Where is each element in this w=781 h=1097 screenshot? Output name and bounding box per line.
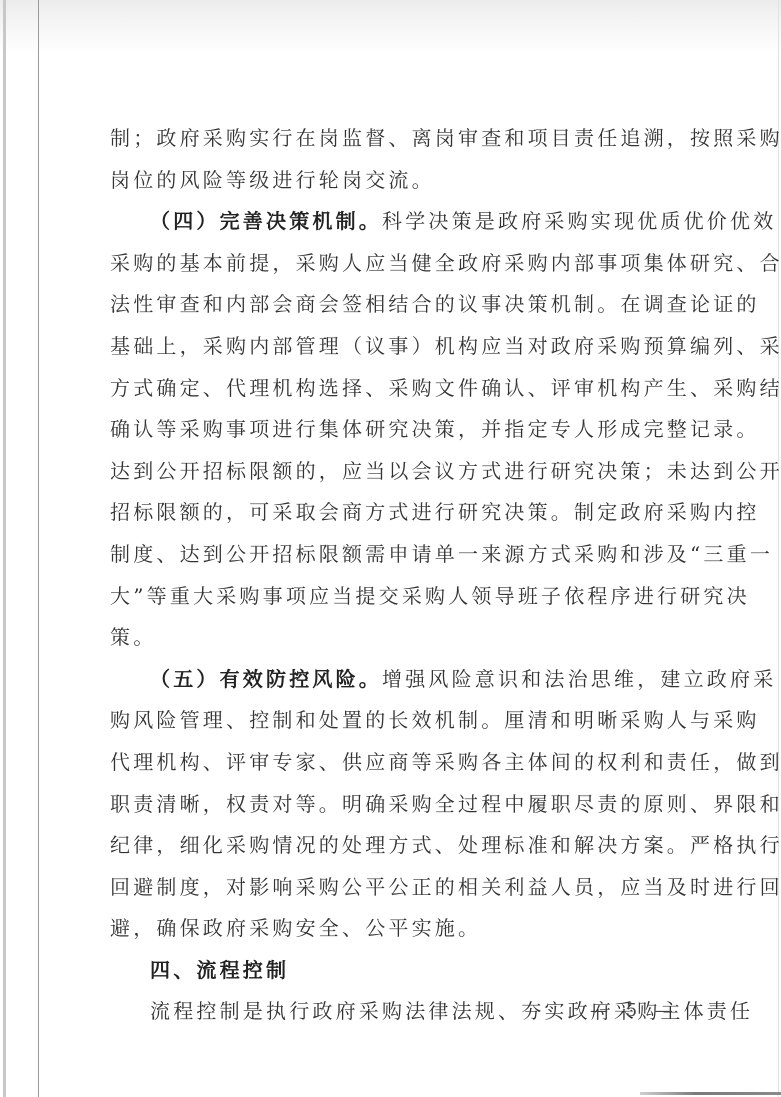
text-line: 制度、达到公开招标限额需申请单一来源方式采购和涉及“三重一 — [110, 534, 680, 576]
scan-shadow — [640, 1092, 781, 1095]
text-line: 职责清晰，权责对等。明确采购全过程中履职尽责的原则、界限和 — [110, 784, 680, 826]
document-body: 制；政府采购实行在岗监督、离岗审查和项目责任追溯，按照采购 岗位的风险等级进行轮… — [110, 118, 680, 1033]
text-line: 达到公开招标限额的，应当以会议方式进行研究决策；未达到公开 — [110, 451, 680, 493]
scanned-page: 制；政府采购实行在岗监督、离岗审查和项目责任追溯，按照采购 岗位的风险等级进行轮… — [0, 0, 781, 1097]
section-title: 四、流程控制 — [110, 950, 680, 992]
text-span: 增强风险意识和法治思维，建立政府采 — [382, 667, 776, 691]
paragraph-first-line: （五）有效防控风险。增强风险意识和法治思维，建立政府采 — [110, 659, 680, 701]
text-line: 纪律，细化采购情况的处理方式、处理标准和解决方案。严格执行 — [110, 825, 680, 867]
text-line: 基础上，采购内部管理（议事）机构应当对政府采购预算编列、采购 — [110, 326, 680, 368]
text-line: 大”等重大采购事项应当提交采购人领导班子依程序进行研究决 — [110, 576, 680, 618]
paragraph-heading: （五）有效防控风险。 — [150, 667, 382, 691]
page-edge-outer — [3, 0, 6, 1097]
text-line: 策。 — [110, 617, 680, 659]
paragraph-first-line: （四）完善决策机制。科学决策是政府采购实现优质优价优效 — [110, 201, 680, 243]
text-line: 购风险管理、控制和处置的长效机制。厘清和明晰采购人与采购 — [110, 700, 680, 742]
page-edge-right — [778, 0, 779, 1097]
text-line: 回避制度，对影响采购公平公正的相关利益人员，应当及时进行回 — [110, 867, 680, 909]
text-line: 采购的基本前提，采购人应当健全政府采购内部事项集体研究、合 — [110, 243, 680, 285]
text-line: 岗位的风险等级进行轮岗交流。 — [110, 160, 680, 202]
text-line: 代理机构、评审专家、供应商等采购各主体间的权利和责任，做到 — [110, 742, 680, 784]
text-line: 制；政府采购实行在岗监督、离岗审查和项目责任追溯，按照采购 — [110, 118, 680, 160]
text-span: 科学决策是政府采购实现优质优价优效 — [382, 209, 776, 233]
page-number: — 5 — — [590, 1000, 679, 1021]
text-line: 法性审查和内部会商会签相结合的议事决策机制。在调查论证的 — [110, 284, 680, 326]
text-line: 避，确保政府采购安全、公平实施。 — [110, 908, 680, 950]
paragraph-heading: （四）完善决策机制。 — [150, 209, 382, 233]
text-line: 确认等采购事项进行集体研究决策，并指定专人形成完整记录。 — [110, 409, 680, 451]
text-line: 方式确定、代理机构选择、采购文件确认、评审机构产生、采购结果 — [110, 368, 680, 410]
binding-line — [38, 0, 39, 1097]
text-line: 招标限额的，可采取会商方式进行研究决策。制定政府采购内控 — [110, 492, 680, 534]
